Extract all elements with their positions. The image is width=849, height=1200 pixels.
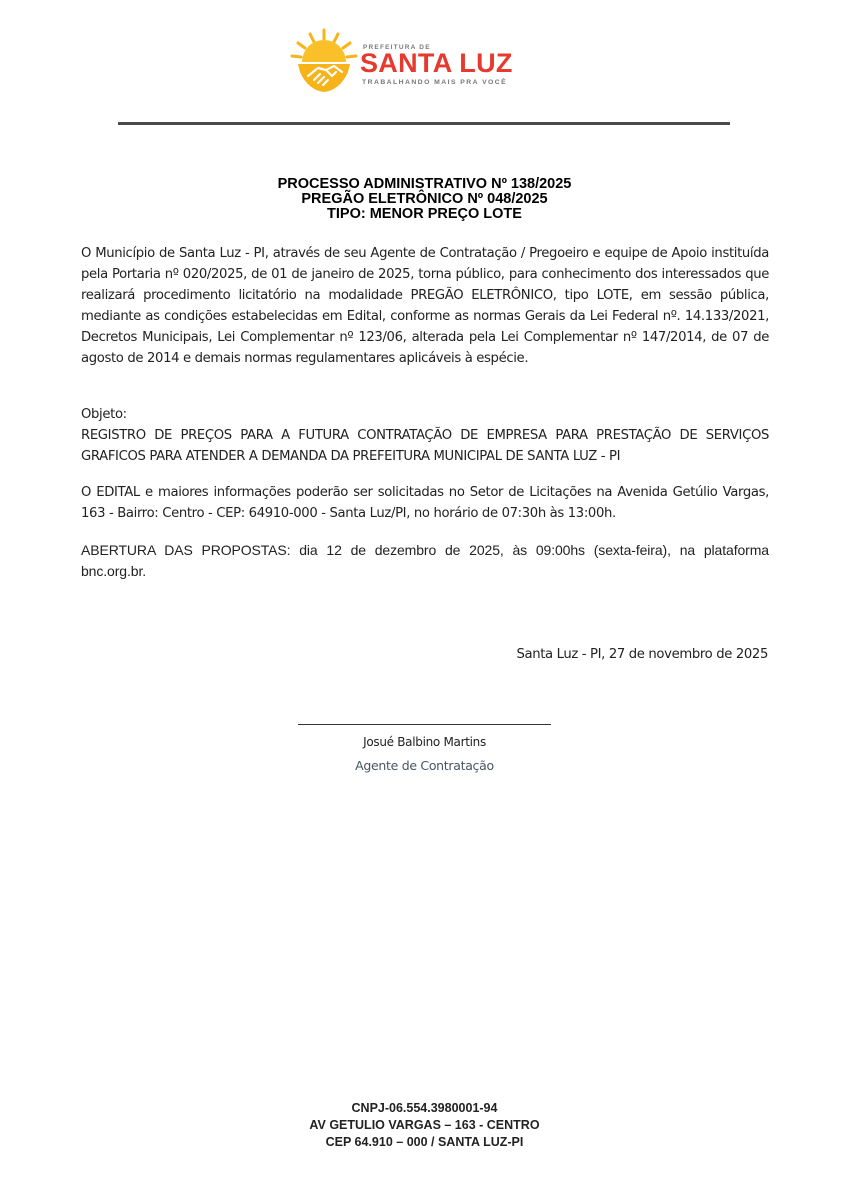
municipality-logo: PREFEITURA DE SANTA LUZ TRABALHANDO MAIS… [290,28,560,96]
title-process-number: PROCESSO ADMINISTRATIVO Nº 138/2025 [0,177,849,192]
object-label: Objeto: [81,404,769,425]
signer-role: Agente de Contratação [298,758,551,773]
place-date: Santa Luz - PI, 27 de novembro de 2025 [516,647,768,662]
object-text: REGISTRO DE PREÇOS PARA A FUTURA CONTRAT… [81,425,769,467]
object-section: Objeto: REGISTRO DE PREÇOS PARA A FUTURA… [81,404,769,467]
title-auction-number: PREGÃO ELETRÔNICO Nº 048/2025 [0,192,849,207]
sun-handshake-icon [290,28,358,96]
footer-address: CNPJ-06.554.3980001-94 AV GETULIO VARGAS… [0,1100,849,1151]
signature-line [298,724,551,725]
opening-paragraph: ABERTURA DAS PROPOSTAS: dia 12 de dezemb… [81,540,769,582]
signer-name: Josué Balbino Martins [298,735,551,749]
logo-city-name: SANTA LUZ [360,50,513,77]
footer-postal: CEP 64.910 – 000 / SANTA LUZ-PI [0,1134,849,1151]
edital-info-paragraph: O EDITAL e maiores informações poderão s… [81,482,769,524]
footer-cnpj: CNPJ-06.554.3980001-94 [0,1100,849,1117]
footer-street: AV GETULIO VARGAS – 163 - CENTRO [0,1117,849,1134]
header-divider [118,122,730,125]
intro-paragraph: O Município de Santa Luz - PI, através d… [81,243,769,369]
document-title: PROCESSO ADMINISTRATIVO Nº 138/2025 PREG… [0,177,849,222]
title-type: TIPO: MENOR PREÇO LOTE [0,207,849,222]
logo-slogan: TRABALHANDO MAIS PRA VOCÊ [362,79,507,86]
